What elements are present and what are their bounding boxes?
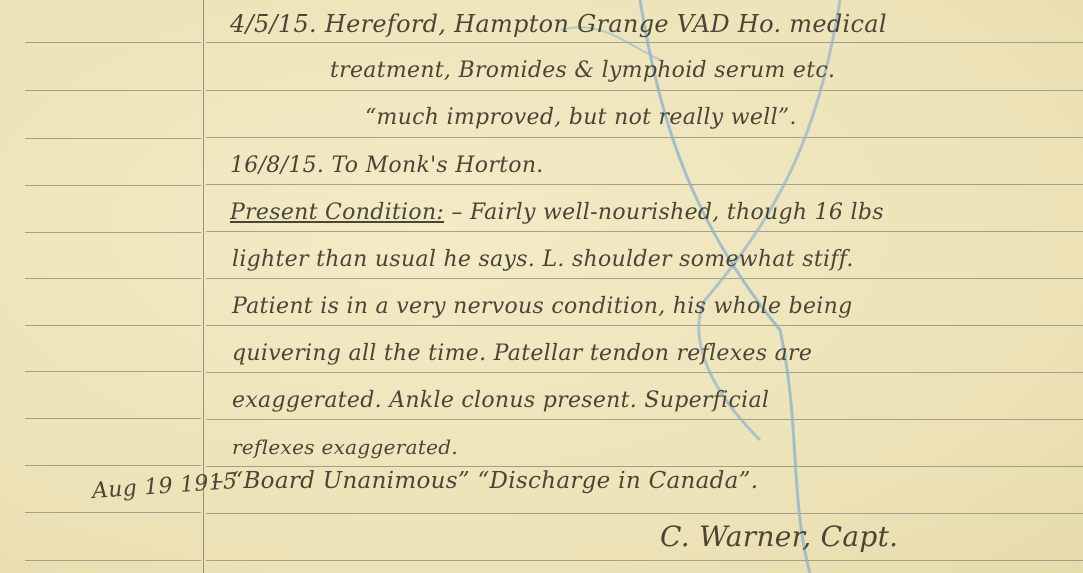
entry-line-8: quivering all the time. Patellar tendon … bbox=[232, 343, 812, 365]
rule-line bbox=[206, 42, 1083, 43]
rule-line bbox=[25, 90, 201, 91]
rule-line bbox=[206, 231, 1083, 232]
rule-line bbox=[25, 138, 201, 139]
entry-line-9: exaggerated. Ankle clonus present. Super… bbox=[232, 390, 769, 412]
ledger-page: 4/5/15. Hereford, Hampton Grange VAD Ho.… bbox=[0, 0, 1083, 573]
entry-line-4: 16/8/15. To Monk's Horton. bbox=[230, 155, 544, 177]
rule-line bbox=[206, 419, 1083, 420]
rule-line bbox=[25, 42, 201, 43]
rule-line bbox=[206, 278, 1083, 279]
entry-line-3: “much improved, but not really well”. bbox=[365, 107, 797, 129]
rule-line bbox=[206, 466, 1083, 467]
rule-line bbox=[25, 232, 201, 233]
entry-line-5: Present Condition: – Fairly well-nourish… bbox=[230, 202, 884, 224]
rule-line bbox=[25, 418, 201, 419]
signature: C. Warner, Capt. bbox=[660, 523, 898, 551]
entry-line-6: lighter than usual he says. L. shoulder … bbox=[232, 249, 854, 271]
rule-line bbox=[206, 513, 1083, 514]
section-label-present-condition: Present Condition: bbox=[230, 200, 444, 225]
rule-line bbox=[25, 185, 201, 186]
entry-line-7: Patient is in a very nervous condition, … bbox=[232, 296, 852, 318]
entry-line-11: – “Board Unanimous” “Discharge in Canada… bbox=[212, 470, 758, 493]
rule-line bbox=[206, 184, 1083, 185]
entry-line-1: 4/5/15. Hereford, Hampton Grange VAD Ho.… bbox=[230, 12, 887, 36]
rule-line bbox=[206, 137, 1083, 138]
rule-line bbox=[206, 372, 1083, 373]
rule-line bbox=[25, 512, 201, 513]
rule-line bbox=[206, 325, 1083, 326]
rule-line bbox=[25, 325, 201, 326]
rule-line bbox=[25, 465, 201, 466]
rule-line bbox=[25, 560, 201, 561]
rule-line bbox=[25, 278, 201, 279]
rule-line bbox=[206, 90, 1083, 91]
rule-line bbox=[206, 560, 1083, 561]
entry-line-2: treatment, Bromides & lymphoid serum etc… bbox=[330, 60, 835, 82]
entry-line-10: reflexes exaggerated. bbox=[232, 437, 458, 457]
entry-line-5-text: – Fairly well-nourished, though 16 lbs bbox=[451, 200, 883, 225]
rule-line bbox=[25, 371, 201, 372]
